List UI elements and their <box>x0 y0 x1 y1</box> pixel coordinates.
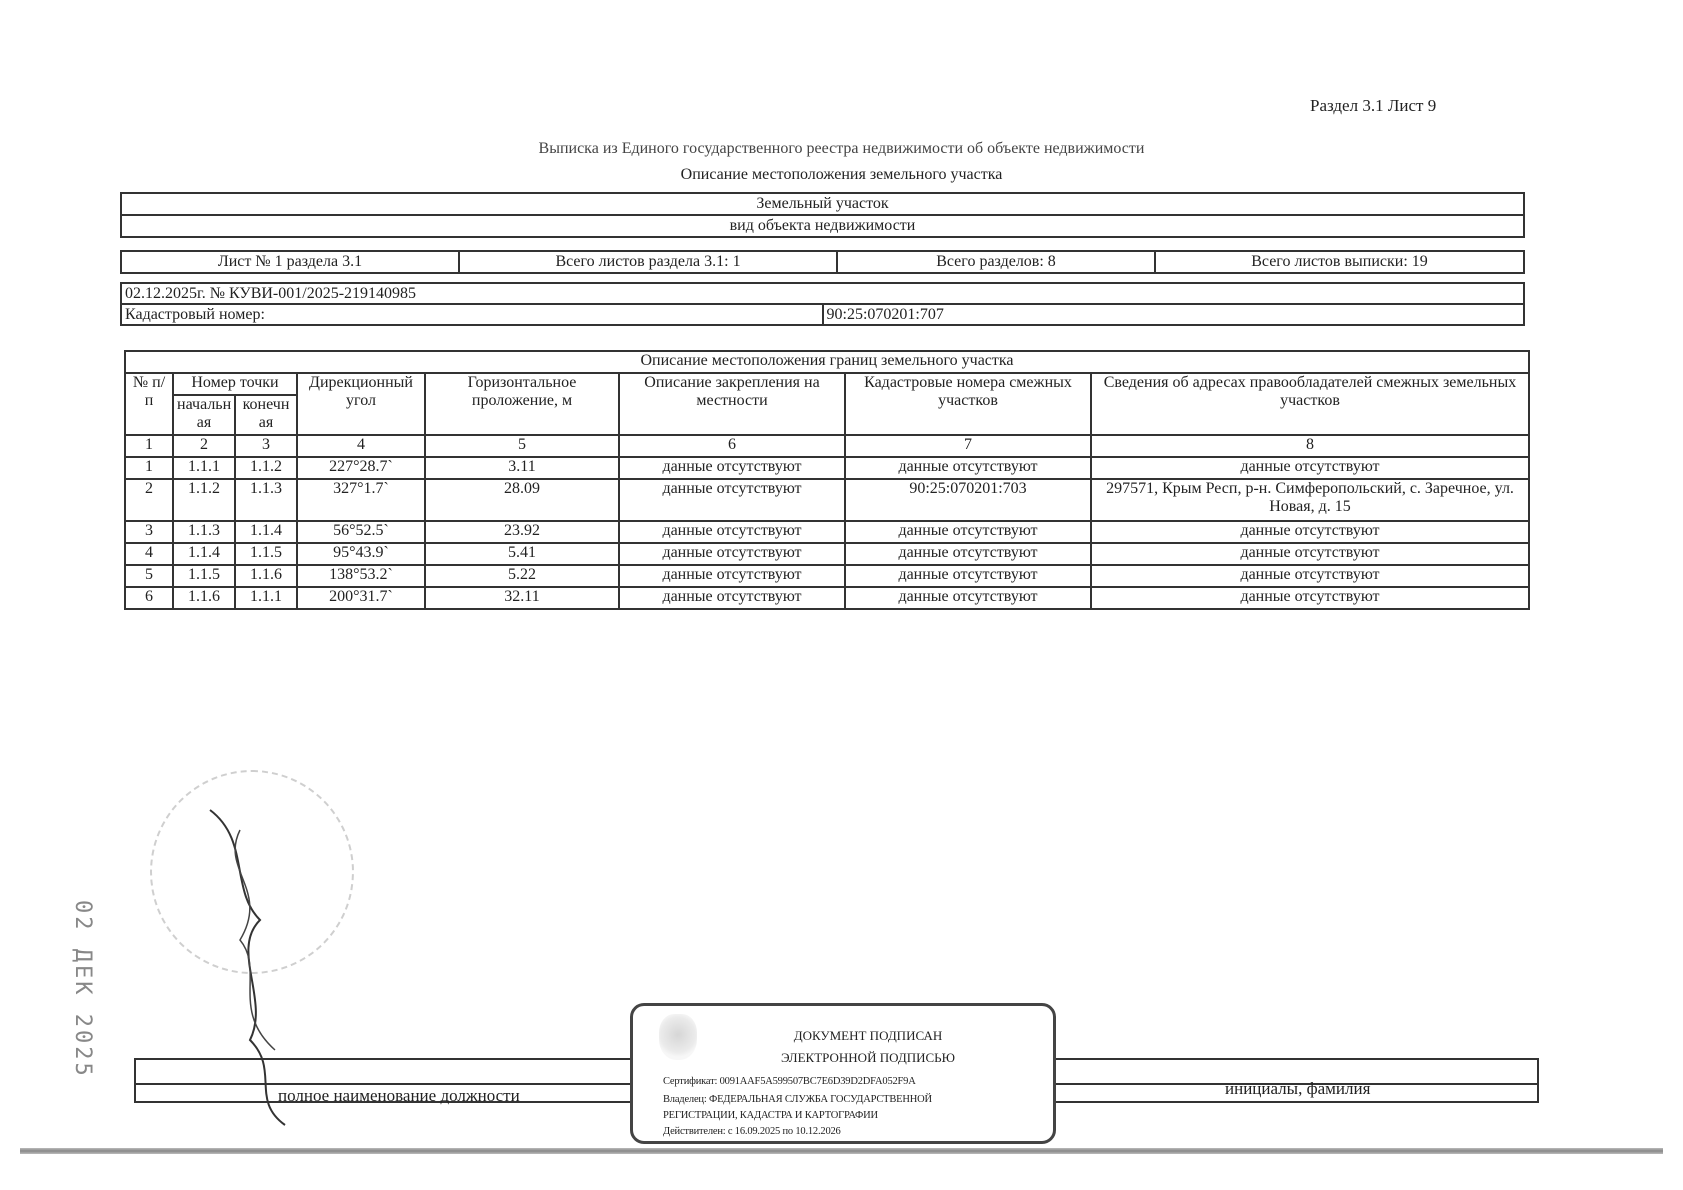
cell-n: 2 <box>125 479 173 521</box>
cell-owners: данные отсутствуют <box>1091 543 1529 565</box>
cell-start: 1.1.4 <box>173 543 235 565</box>
column-number: 4 <box>297 435 425 457</box>
cell-start: 1.1.3 <box>173 521 235 543</box>
cell-end: 1.1.6 <box>235 565 297 587</box>
table-row: 51.1.51.1.6138°53.2`5.22данные отсутству… <box>125 565 1529 587</box>
column-number: 2 <box>173 435 235 457</box>
column-number: 5 <box>425 435 619 457</box>
esign-owner-2: РЕГИСТРАЦИИ, КАДАСТРА И КАРТОГРАФИИ <box>663 1110 878 1121</box>
cell-owners: данные отсутствуют <box>1091 587 1529 609</box>
cell-angle: 56°52.5` <box>297 521 425 543</box>
cell-end: 1.1.3 <box>235 479 297 521</box>
total-sheet-count: Всего листов выписки: 19 <box>1155 251 1524 273</box>
column-number: 8 <box>1091 435 1529 457</box>
table-row: 41.1.41.1.595°43.9`5.41данные отсутствую… <box>125 543 1529 565</box>
cell-fixing: данные отсутствуют <box>619 457 845 479</box>
position-label: полное наименование должности <box>278 1086 520 1106</box>
cell-length: 3.11 <box>425 457 619 479</box>
col-angle-header: Дирекционный угол <box>297 373 425 435</box>
cell-adjacent: данные отсутствуют <box>845 521 1091 543</box>
cell-owners: данные отсутствуют <box>1091 565 1529 587</box>
cell-n: 6 <box>125 587 173 609</box>
cell-start: 1.1.1 <box>173 457 235 479</box>
document-title: Выписка из Единого государственного реес… <box>0 140 1683 158</box>
col-end-header: конечн ая <box>235 395 297 435</box>
cell-fixing: данные отсутствуют <box>619 587 845 609</box>
cell-owners: данные отсутствуют <box>1091 521 1529 543</box>
cell-n: 1 <box>125 457 173 479</box>
cell-n: 5 <box>125 565 173 587</box>
column-numbers-row: 12345678 <box>125 435 1529 457</box>
cell-adjacent: данные отсутствуют <box>845 587 1091 609</box>
name-label: инициалы, фамилия <box>1225 1079 1370 1099</box>
cadastral-value: 90:25:070201:707 <box>823 304 1525 325</box>
section-count: Всего разделов: 8 <box>837 251 1155 273</box>
cell-start: 1.1.6 <box>173 587 235 609</box>
col-fixing-header: Описание закрепления на местности <box>619 373 845 435</box>
cell-angle: 95°43.9` <box>297 543 425 565</box>
table-row: 31.1.31.1.456°52.5`23.92данные отсутству… <box>125 521 1529 543</box>
table-row: 11.1.11.1.2227°28.7`3.11данные отсутству… <box>125 457 1529 479</box>
col-adjacent-header: Кадастровые номера смежных участков <box>845 373 1091 435</box>
boundaries-title: Описание местоположения границ земельног… <box>125 351 1529 373</box>
cell-length: 23.92 <box>425 521 619 543</box>
cell-end: 1.1.5 <box>235 543 297 565</box>
cell-fixing: данные отсутствуют <box>619 479 845 521</box>
col-owners-header: Сведения об адресах правообладателей сме… <box>1091 373 1529 435</box>
cell-adjacent: данные отсутствуют <box>845 543 1091 565</box>
electronic-signature-block: ДОКУМЕНТ ПОДПИСАН ЭЛЕКТРОННОЙ ПОДПИСЬЮ С… <box>630 1003 1056 1144</box>
esign-validity: Действителен: с 16.09.2025 по 10.12.2026 <box>663 1126 841 1137</box>
cell-angle: 227°28.7` <box>297 457 425 479</box>
object-type: Земельный участок <box>121 193 1524 215</box>
column-number: 7 <box>845 435 1091 457</box>
document-subtitle: Описание местоположения земельного участ… <box>0 166 1683 184</box>
col-length-header: Горизонтальное проложение, м <box>425 373 619 435</box>
cell-adjacent: данные отсутствуют <box>845 565 1091 587</box>
sheets-info-table: Лист № 1 раздела 3.1 Всего листов раздел… <box>120 250 1525 274</box>
object-type-caption: вид объекта недвижимости <box>121 215 1524 237</box>
esign-owner-1: Владелец: ФЕДЕРАЛЬНАЯ СЛУЖБА ГОСУДАРСТВЕ… <box>663 1094 932 1105</box>
column-number: 6 <box>619 435 845 457</box>
col-start-header: начальн ая <box>173 395 235 435</box>
col-num-header: № п/п <box>125 373 173 435</box>
stamp-date: 02 ДЕК 2025 <box>70 900 95 1079</box>
cell-fixing: данные отсутствуют <box>619 543 845 565</box>
page-bottom-rule <box>20 1148 1663 1154</box>
object-type-table: Земельный участок вид объекта недвижимос… <box>120 192 1525 238</box>
cell-n: 4 <box>125 543 173 565</box>
cell-fixing: данные отсутствуют <box>619 521 845 543</box>
cell-owners: 297571, Крым Респ, р-н. Симферопольский,… <box>1091 479 1529 521</box>
registration-date-number: 02.12.2025г. № КУВИ-001/2025-219140985 <box>121 283 1524 304</box>
cell-angle: 138°53.2` <box>297 565 425 587</box>
table-row: 61.1.61.1.1200°31.7`32.11данные отсутств… <box>125 587 1529 609</box>
registration-table: 02.12.2025г. № КУВИ-001/2025-219140985 К… <box>120 282 1525 326</box>
cell-owners: данные отсутствуют <box>1091 457 1529 479</box>
esign-title-2: ЭЛЕКТРОННОЙ ПОДПИСЬЮ <box>633 1050 1053 1066</box>
cell-n: 3 <box>125 521 173 543</box>
column-number: 1 <box>125 435 173 457</box>
section-reference: Раздел 3.1 Лист 9 <box>1310 96 1436 116</box>
col-point-header: Номер точки <box>173 373 297 395</box>
cell-start: 1.1.5 <box>173 565 235 587</box>
cell-angle: 200°31.7` <box>297 587 425 609</box>
cell-length: 5.41 <box>425 543 619 565</box>
cell-angle: 327°1.7` <box>297 479 425 521</box>
cell-end: 1.1.4 <box>235 521 297 543</box>
cell-end: 1.1.1 <box>235 587 297 609</box>
cadastral-label: Кадастровый номер: <box>121 304 823 325</box>
section-sheet-count: Всего листов раздела 3.1: 1 <box>459 251 837 273</box>
cell-start: 1.1.2 <box>173 479 235 521</box>
esign-title-1: ДОКУМЕНТ ПОДПИСАН <box>633 1028 1053 1044</box>
cell-adjacent: 90:25:070201:703 <box>845 479 1091 521</box>
esign-certificate: Сертификат: 0091AAF5A599507BC7E6D39D2DFA… <box>663 1076 916 1087</box>
cell-length: 28.09 <box>425 479 619 521</box>
cell-adjacent: данные отсутствуют <box>845 457 1091 479</box>
cell-fixing: данные отсутствуют <box>619 565 845 587</box>
column-number: 3 <box>235 435 297 457</box>
cell-length: 5.22 <box>425 565 619 587</box>
cell-length: 32.11 <box>425 587 619 609</box>
boundaries-table: Описание местоположения границ земельног… <box>124 350 1530 610</box>
sheet-number: Лист № 1 раздела 3.1 <box>121 251 459 273</box>
cell-end: 1.1.2 <box>235 457 297 479</box>
table-row: 21.1.21.1.3327°1.7`28.09данные отсутству… <box>125 479 1529 521</box>
